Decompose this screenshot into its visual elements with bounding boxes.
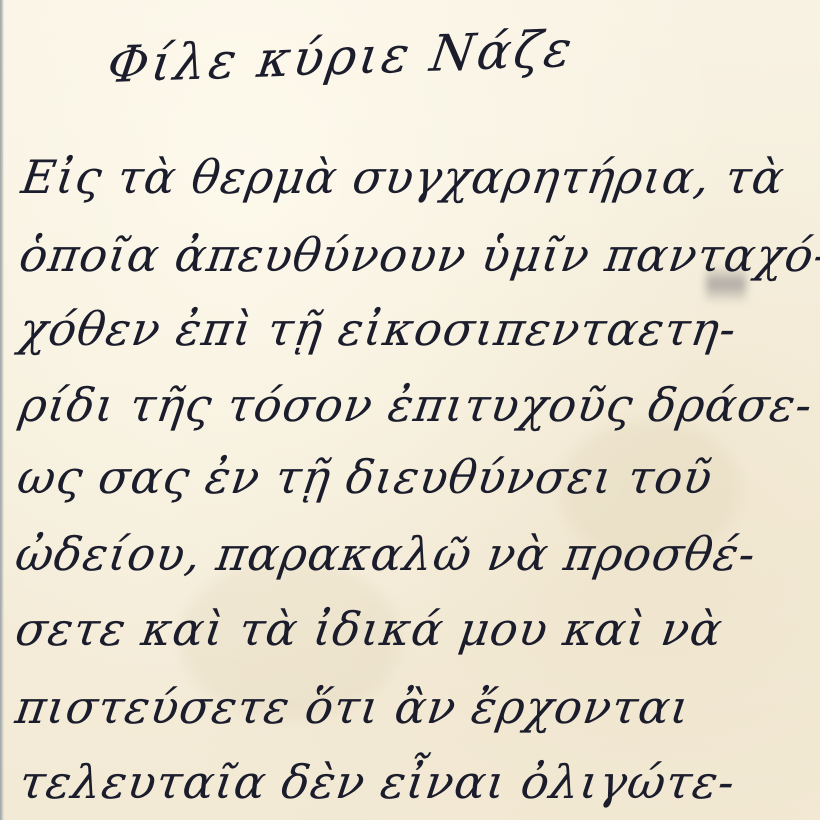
letter-line-5: ως σας ἐν τῇ διευθύνσει τοῦ (14, 450, 716, 504)
letter-line-8: πιστεύσετε ὅτι ἂν ἔρχονται (12, 680, 693, 734)
letter-line-2: ὁποῖα ἀπευθύνουν ὑμῖν πανταχό- (16, 228, 820, 282)
letter-line-7: σετε καὶ τὰ ἰδικά μου καὶ νὰ (12, 602, 726, 656)
letter-line-1: Εἰς τὰ θερμὰ συγχαρητήρια, τὰ (18, 150, 788, 204)
letter-line-6: ὠδείου, παρακαλῶ νὰ προσθέ- (12, 527, 759, 581)
letter-line-3: χόθεν ἐπὶ τῇ εἰκοσιπενταετη- (16, 302, 740, 356)
letter-line-4: ρίδι τῆς τόσον ἐπιτυχοῦς δράσε- (16, 378, 816, 432)
paper-left-edge (0, 0, 4, 820)
letter-line-9: τελευταῖα δὲν εἶναι ὀλιγώτε- (16, 755, 739, 809)
letter-page: Φίλε κύριε Νάζε Εἰς τὰ θερμὰ συγχαρητήρι… (0, 0, 820, 820)
letter-salutation: Φίλε κύριε Νάζε (104, 20, 578, 95)
